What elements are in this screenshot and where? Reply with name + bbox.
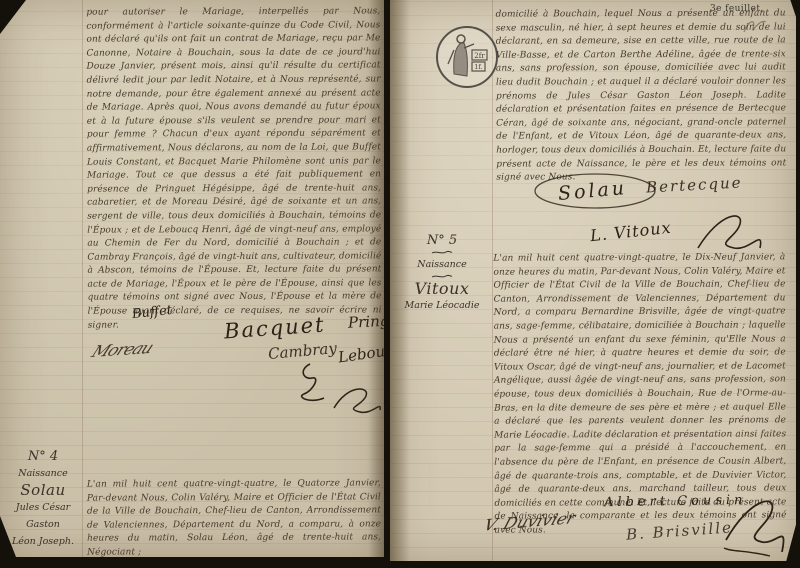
register-scan: pour autoriser le Mariage, interpellés p… xyxy=(0,0,800,568)
birth-entry-no4-text: domicilié à Bouchain, lequel Nous a prés… xyxy=(496,7,787,185)
stamp-value-bottom: 1f. xyxy=(474,63,482,71)
act-number: N° 4 xyxy=(4,448,82,465)
act-type: Naissance xyxy=(4,465,82,482)
given-names-1: Jules César xyxy=(4,499,82,516)
given-names-3: Léon Joseph. xyxy=(4,533,82,550)
given-names-2: Gaston xyxy=(4,516,82,533)
divider-squiggle xyxy=(431,250,453,255)
act-type: Naissance xyxy=(396,256,488,273)
signature-l-vitoux: L. Vitoux xyxy=(589,218,672,245)
revenue-stamp-icon: 2fr 1f. xyxy=(434,24,500,90)
margin-note-no4: N° 4 Naissance Solau Jules César Gaston … xyxy=(4,448,82,550)
act-number: N° 5 xyxy=(396,232,488,249)
signature-solau-flourish xyxy=(530,170,660,212)
marriage-entry-text: pour autoriser le Mariage, interpellés p… xyxy=(86,5,381,333)
left-margin-rule xyxy=(82,0,83,557)
margin-note-no5: N° 5 Naissance Vitoux Marie Léocadie xyxy=(396,232,488,314)
given-names: Marie Léocadie xyxy=(396,297,488,314)
signature-paraph-vitoux xyxy=(690,204,770,256)
signature-paraph xyxy=(330,382,386,416)
left-page: pour autoriser le Mariage, interpellés p… xyxy=(0,0,384,557)
right-page: 3e feuillet. 2fr 1f. domicilié à Bouchai… xyxy=(390,0,796,561)
surname: Solau xyxy=(4,482,82,499)
signature-moreau: Moreau xyxy=(89,338,157,361)
signature-paraph-bottom xyxy=(716,492,792,558)
stamp-value-top: 2fr xyxy=(474,52,485,60)
signature-bertecque: Bertecque xyxy=(646,173,743,196)
birth-entry-no4-start-text: L'an mil huit cent quatre-vingt-quatre, … xyxy=(87,477,381,560)
surname: Vitoux xyxy=(396,280,488,297)
